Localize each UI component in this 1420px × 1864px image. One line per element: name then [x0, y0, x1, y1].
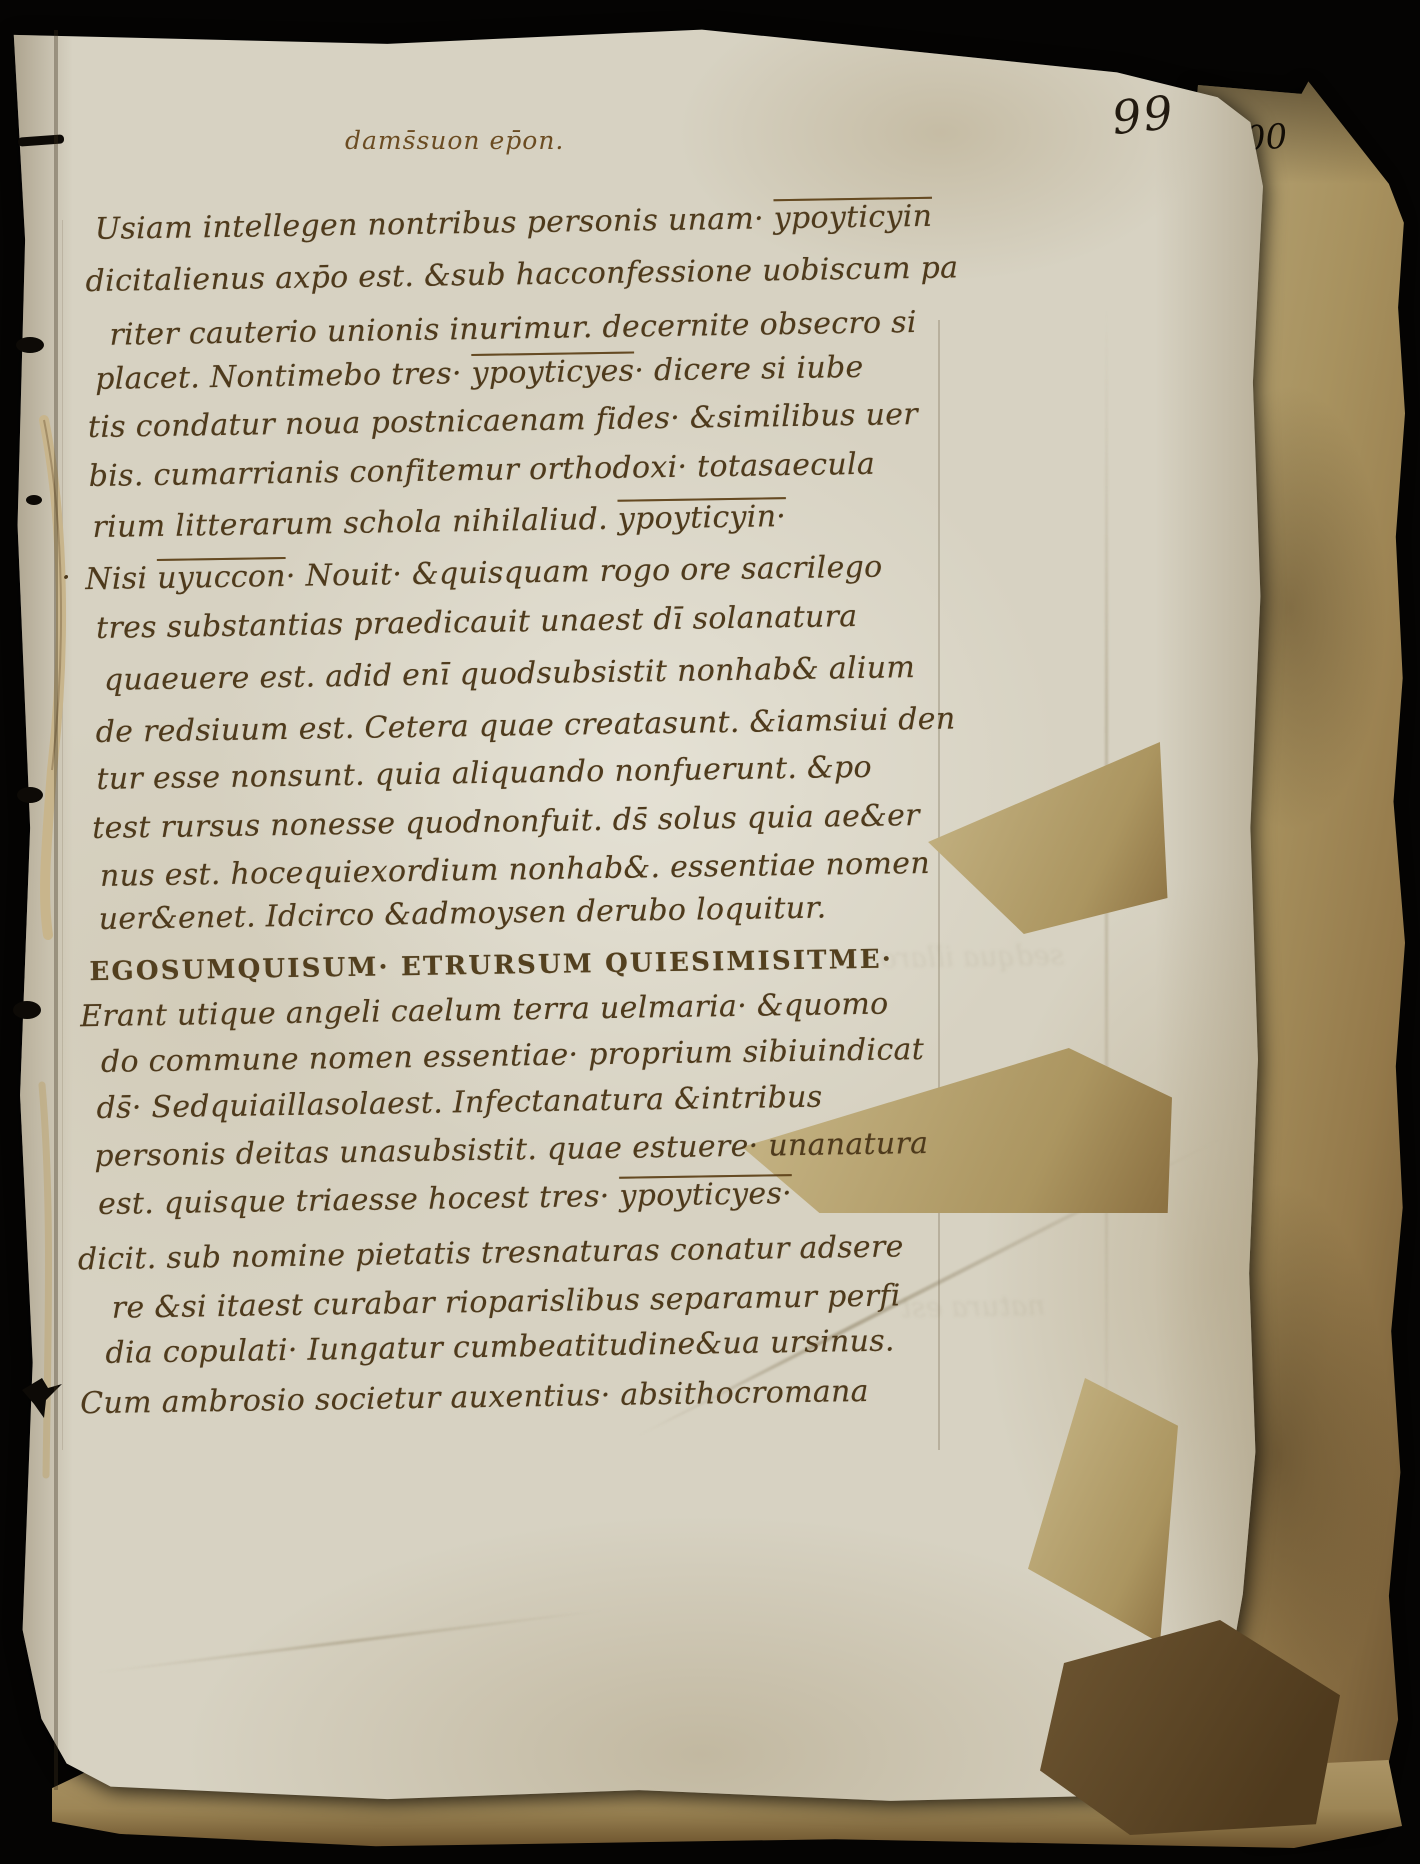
greek-word-overlined: ypoyticyin·	[618, 499, 787, 537]
manuscript-line: quaeuere est. adid enī quodsubsistit non…	[104, 650, 916, 698]
latin-text: ds̄· Sedquiaillasolaest. Infectanatura &…	[96, 1080, 822, 1126]
latin-text: · dicere si iube	[634, 350, 864, 389]
latin-text: · Nouit· &quisquam rogo ore sacrilego	[286, 550, 883, 594]
greek-word-overlined: uyuccon	[157, 559, 286, 596]
margin-mark: ·	[61, 560, 71, 595]
latin-text: placet. Nontimebo tres·	[95, 356, 472, 397]
latin-text: Erant utique angeli caelum terra uelmari…	[80, 987, 889, 1035]
latin-text: tur esse nonsunt. quia aliquando nonfuer…	[96, 750, 872, 797]
manuscript-line: est. quisque triaesse hocest tres· ypoyt…	[98, 1176, 792, 1222]
latin-text: est. quisque triaesse hocest tres·	[98, 1179, 620, 1222]
manuscript-line: Cum ambrosio societur auxentius· absitho…	[80, 1374, 869, 1421]
latin-text: personis deitas unasubsistit. quae estue…	[94, 1126, 928, 1174]
manuscript-line: personis deitas unasubsistit. quae estue…	[94, 1126, 928, 1174]
manuscript-line: dicitalienus axp̄o est. &sub hacconfessi…	[85, 250, 958, 299]
text-layer: Usiam intellegen nontribus personis unam…	[0, 0, 1420, 1864]
manuscript-line: dia copulati· Iungatur cumbeatitudine&ua…	[105, 1323, 895, 1370]
manuscript-line: nus est. hocequiexordium nonhab&. essent…	[100, 846, 930, 894]
latin-text: rium litterarum schola nihilaliud.	[92, 502, 618, 545]
manuscript-line: test rursus nonesse quodnonfuit. ds̄ sol…	[92, 798, 920, 846]
manuscript-line: bis. cumarrianis confitemur orthodoxi· t…	[88, 447, 875, 494]
latin-text: dicit. sub nomine pietatis tresnaturas c…	[78, 1229, 904, 1277]
latin-text: riter cauterio unionis inurimur. decerni…	[109, 305, 917, 353]
latin-text: dicitalienus axp̄o est. &sub hacconfessi…	[85, 250, 958, 299]
latin-text: test rursus nonesse quodnonfuit. ds̄ sol…	[92, 798, 920, 846]
manuscript-line: do commune nomen essentiae· proprium sib…	[101, 1032, 925, 1080]
latin-text: nus est. hocequiexordium nonhab&. essent…	[100, 846, 930, 894]
manuscript-line: ds̄· Sedquiaillasolaest. Infectanatura &…	[96, 1080, 822, 1126]
manuscript-line: re &si itaest curabar rioparislibus sepa…	[112, 1278, 901, 1325]
manuscript-photo: 00 sedqua illaro natura est dams̄suon ep…	[0, 0, 1420, 1864]
latin-text: tis condatur noua postnicaenam fides· &s…	[88, 397, 918, 445]
manuscript-line: riter cauterio unionis inurimur. decerni…	[109, 305, 917, 353]
manuscript-line: EGOSUMQUISUM· ETRURSUM QUIESIMISITME·	[89, 940, 893, 988]
manuscript-line: dicit. sub nomine pietatis tresnaturas c…	[78, 1229, 904, 1277]
latin-text: bis. cumarrianis confitemur orthodoxi· t…	[88, 447, 875, 494]
latin-text: Usiam intellegen nontribus personis unam…	[95, 201, 774, 247]
greek-word-overlined: ypoyticyes	[471, 353, 634, 391]
latin-text: dia copulati· Iungatur cumbeatitudine&ua…	[105, 1323, 895, 1370]
latin-text: Cum ambrosio societur auxentius· absitho…	[80, 1374, 869, 1421]
latin-text: quaeuere est. adid enī quodsubsistit non…	[104, 650, 916, 698]
latin-text: uer&enet. Idcirco &admoysen derubo loqui…	[98, 891, 826, 937]
latin-text: re &si itaest curabar rioparislibus sepa…	[112, 1278, 901, 1325]
manuscript-line: tres substantias praedicauit unaest dī s…	[96, 599, 858, 646]
manuscript-line: Usiam intellegen nontribus personis unam…	[95, 199, 933, 247]
greek-word-overlined: ypoyticyes·	[619, 1176, 792, 1214]
latin-text: tres substantias praedicauit unaest dī s…	[96, 599, 858, 646]
manuscript-line: rium litterarum schola nihilaliud. ypoyt…	[92, 499, 786, 545]
greek-word-overlined: ypoyticyin	[774, 199, 933, 236]
manuscript-line: tur esse nonsunt. quia aliquando nonfuer…	[96, 750, 872, 797]
manuscript-line: Nisi uyuccon· Nouit· &quisquam rogo ore …	[85, 550, 883, 598]
manuscript-line: placet. Nontimebo tres· ypoyticyes· dice…	[95, 350, 864, 397]
latin-text: Nisi	[85, 561, 157, 597]
manuscript-line: de redsiuum est. Cetera quae creatasunt.…	[95, 701, 955, 750]
latin-text: de redsiuum est. Cetera quae creatasunt.…	[95, 701, 955, 750]
latin-text: EGOSUMQUISUM· ETRURSUM QUIESIMISITME·	[89, 944, 893, 987]
manuscript-line: uer&enet. Idcirco &admoysen derubo loqui…	[98, 891, 826, 937]
manuscript-line: tis condatur noua postnicaenam fides· &s…	[88, 397, 918, 445]
manuscript-line: Erant utique angeli caelum terra uelmari…	[80, 987, 889, 1035]
latin-text: do commune nomen essentiae· proprium sib…	[101, 1032, 925, 1080]
